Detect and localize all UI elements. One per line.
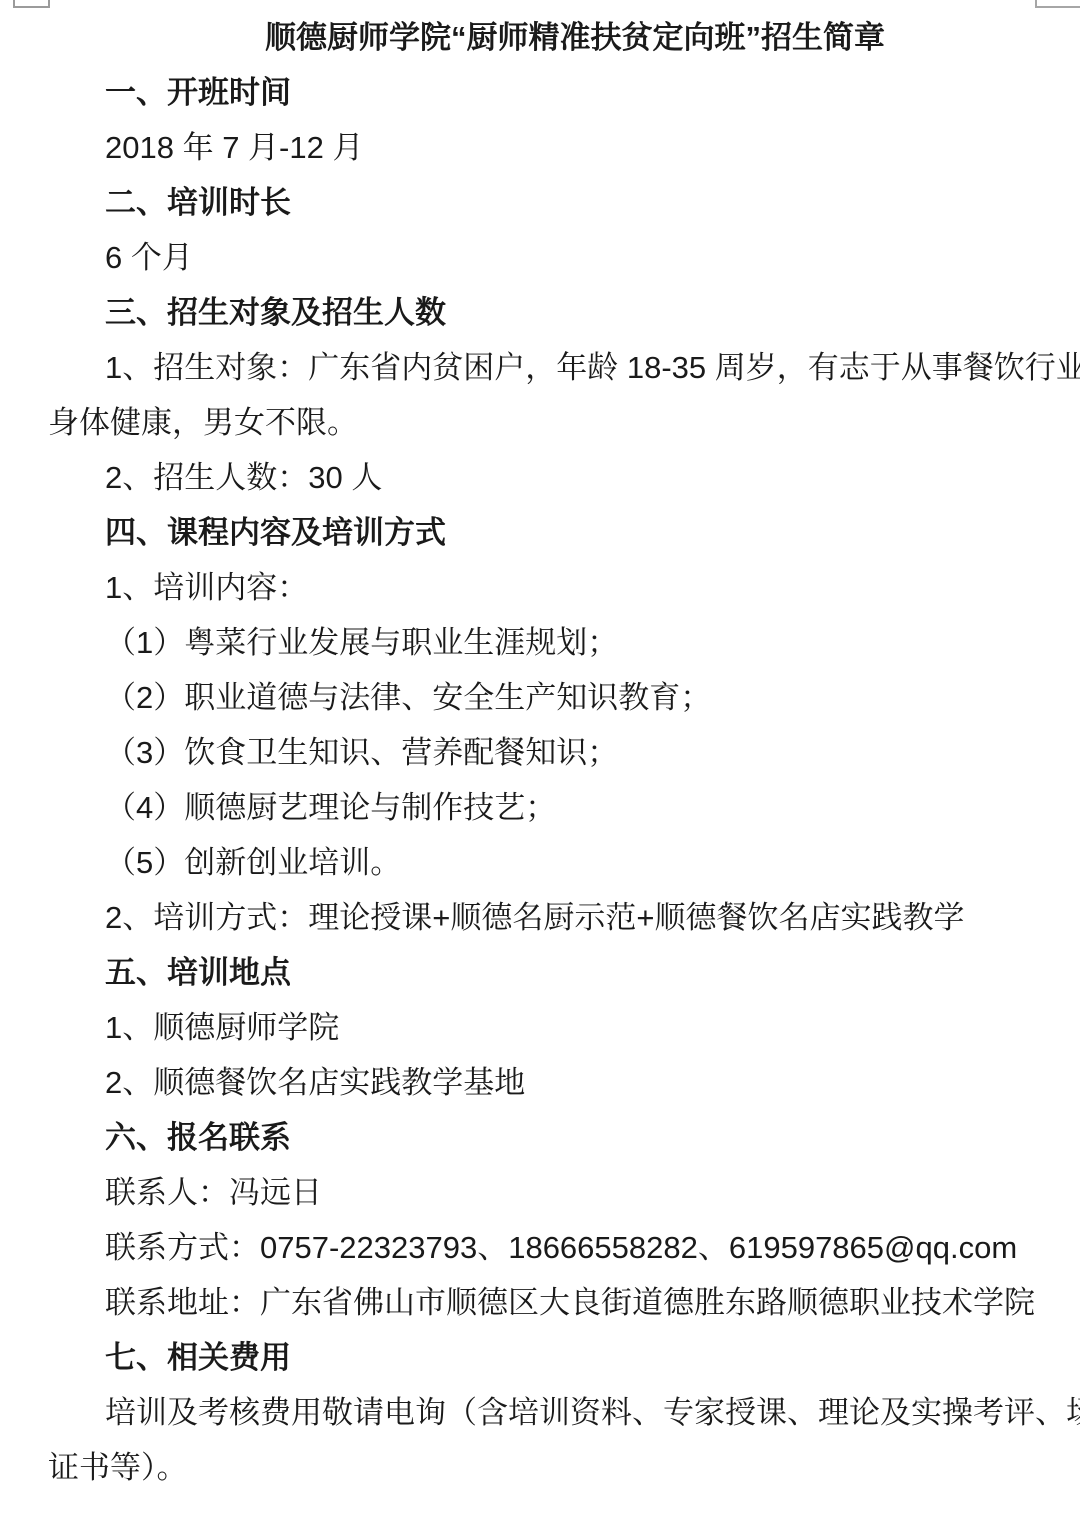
body-text-line: 联系方式：0757-22323793、18666558282、619597865… — [0, 1220, 1080, 1275]
body-text-line: 联系地址：广东省佛山市顺德区大良街道德胜东路顺德职业技术学院 — [0, 1275, 1080, 1330]
document-page: 顺德厨师学院“厨师精准扶贫定向班”招生简章 一、开班时间2018 年 7 月-1… — [0, 0, 1080, 1540]
body-text-line: （5）创新创业培训。 — [0, 835, 1080, 890]
body-text-line: 2、培训方式：理论授课+顺德名厨示范+顺德餐饮名店实践教学 — [0, 890, 1080, 945]
body-text-line: 联系人：冯远日 — [0, 1165, 1080, 1220]
section-heading-line: 七、相关费用 — [0, 1330, 1080, 1385]
section-heading-line: 二、培训时长 — [0, 175, 1080, 230]
body-text-line: 证书等）。 — [0, 1440, 1080, 1495]
document-body: 一、开班时间2018 年 7 月-12 月二、培训时长6 个月三、招生对象及招生… — [0, 65, 1080, 1495]
cut-off-widget-top-right — [1035, 0, 1080, 8]
body-text-line: 1、招生对象：广东省内贫困户，年龄 18-35 周岁，有志于从事餐饮行业， — [0, 340, 1080, 395]
section-heading-line: 三、招生对象及招生人数 — [0, 285, 1080, 340]
body-text-line: 身体健康，男女不限。 — [0, 395, 1080, 450]
body-text-line: 2、顺德餐饮名店实践教学基地 — [0, 1055, 1080, 1110]
section-heading-line: 一、开班时间 — [0, 65, 1080, 120]
document-title: 顺德厨师学院“厨师精准扶贫定向班”招生简章 — [0, 10, 1080, 65]
body-text-line: 1、顺德厨师学院 — [0, 1000, 1080, 1055]
body-text-line: 6 个月 — [0, 230, 1080, 285]
body-text-line: （4）顺德厨艺理论与制作技艺； — [0, 780, 1080, 835]
body-text-line: 2、招生人数：30 人 — [0, 450, 1080, 505]
section-heading-line: 四、课程内容及培训方式 — [0, 505, 1080, 560]
cut-off-widget-top-left — [13, 0, 50, 8]
section-heading-line: 五、培训地点 — [0, 945, 1080, 1000]
body-text-line: （3）饮食卫生知识、营养配餐知识； — [0, 725, 1080, 780]
body-text-line: 1、培训内容： — [0, 560, 1080, 615]
body-text-line: （2）职业道德与法律、安全生产知识教育； — [0, 670, 1080, 725]
body-text-line: 2018 年 7 月-12 月 — [0, 120, 1080, 175]
section-heading-line: 六、报名联系 — [0, 1110, 1080, 1165]
body-text-line: 培训及考核费用敬请电询（含培训资料、专家授课、理论及实操考评、场地、 — [0, 1385, 1080, 1440]
body-text-line: （1）粤菜行业发展与职业生涯规划； — [0, 615, 1080, 670]
